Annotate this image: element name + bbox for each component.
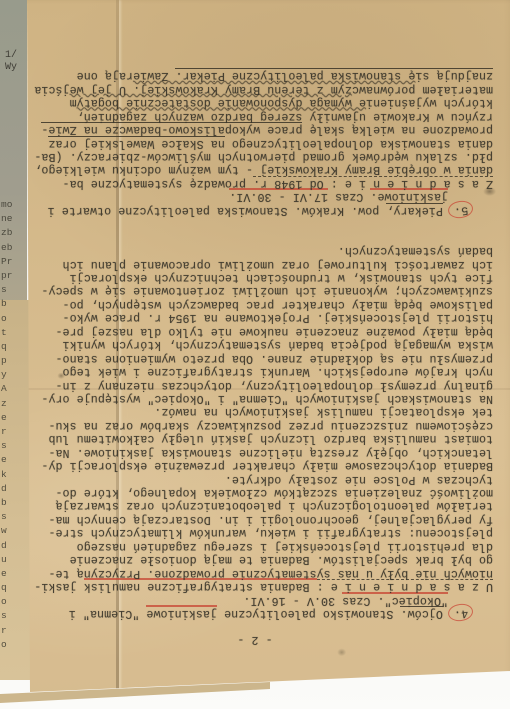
text-fragment: eb: [1, 241, 19, 255]
item4-body: niowych nie były u nas systematycznie pr…: [25, 244, 493, 580]
red-circle-annotation: 5.: [447, 199, 474, 220]
text-segment: dania stanowiska dolnopaleolitycznego: [225, 137, 493, 150]
text-fragment: q: [1, 340, 19, 354]
typed-line: dania stanowiska dolnopaleolitycznego na…: [25, 136, 493, 149]
text-fragment: p: [1, 354, 19, 368]
text-segment: Zawierają one: [77, 69, 176, 82]
text-fragment: o: [1, 312, 19, 326]
text-fragment: s: [1, 510, 19, 524]
typed-line: dla prehistorii plejstoceńskiej i szereg…: [25, 539, 493, 552]
typed-line: materiałem porównawczym z terenu Bramy K…: [25, 82, 493, 95]
item4-lead-line: U z a s a d n i e n i e : Badania straty…: [25, 580, 493, 593]
underlined-text: znajdują się stanowiska paleolityczne Pi…: [175, 68, 493, 82]
page-number: - 2 -: [0, 633, 510, 646]
item5-heading-line2: jaskiniowe. Czas 17.VI - 30.VI.: [25, 190, 448, 203]
text-fragment: A: [1, 382, 19, 396]
wavy-underlined-text: ujawniły szereg bardzo ważnych zagadnień…: [77, 110, 366, 123]
typed-line: fice tych stanowisk, w trudnościach tech…: [25, 271, 493, 284]
typed-line: Na stanowiskach jaskiniowych "Ciemna" i …: [25, 392, 493, 405]
typed-line: płd. szlaku wędrówek gromad pierwotnych …: [25, 150, 493, 163]
typed-line: przemysłu nie są dokładnie znane. Oba pr…: [25, 351, 493, 364]
item5-heading-line1: 5. Piekary, pow. Kraków. Stanowiska pale…: [25, 203, 467, 216]
corner-note-line: Wy: [5, 62, 17, 74]
text-segment: 30.V - 16.VI.: [243, 594, 342, 607]
typed-line: szukiwawczych; wykonanie ich umożliwi zo…: [25, 284, 493, 297]
typed-line: których wyjaśnienie wymaga dysponowanie …: [25, 96, 493, 109]
typed-line: rzyńcu w Krakowie ujawniły szereg bardzo…: [25, 109, 493, 122]
text-segment: "Ciemna" i: [69, 607, 147, 620]
red-circle-annotation: 4.: [447, 602, 474, 623]
dashed-underlined-label: U z a s a d n i e n i e :: [317, 579, 493, 593]
text-fragment: w: [1, 524, 19, 538]
typed-line: tomiast namuliska bardzo licznych jaskiń…: [25, 432, 493, 445]
scanned-document-photo: monezbebPrprsbotqpyAzersekdbswdueqosro 1…: [0, 0, 510, 709]
dashed-underlined-label: Z a s a d n i e n i e : Od 1948 r.: [253, 176, 493, 190]
text-fragment: s: [1, 439, 19, 453]
text-fragment: Pr: [1, 255, 19, 269]
red-underlined-text: "Okopiec". Czas: [342, 592, 448, 607]
text-segment: pow. Kraków. Stanowiska paleolityczne ot…: [48, 204, 387, 217]
text-fragment: e: [1, 567, 19, 581]
typed-line: tek eksploatacji namulisk jaskiniowych n…: [25, 405, 493, 418]
typed-line: ginalny przemysł dolnopaleolityczny, dot…: [25, 378, 493, 391]
typed-line: możliwość znalezienia szczątków człowiek…: [25, 486, 493, 499]
text-segment: Czas: [328, 190, 370, 203]
typed-line: prowadzone na wielką skalę prace wykopal…: [25, 123, 493, 136]
text-fragment: e: [1, 453, 19, 467]
underlined-site-name: Piekary,: [386, 203, 442, 217]
text-segment: U jej wejścia: [34, 83, 133, 96]
wavy-underlined-text: wymaga dysponowanie dostatecznie bogatym: [70, 96, 352, 109]
text-segment: Stanowisko paleolityczne: [217, 607, 401, 620]
cut-off-text-fragments-column: monezbebPrprsbotqpyAzersekdbswdueqosro: [1, 198, 19, 652]
typed-line: częściowemu zniszczeniu przez poszukiwac…: [25, 418, 493, 431]
margin-corner-note: 1/ Wy: [5, 50, 17, 74]
text-segment: jaski-: [34, 580, 83, 593]
typed-line: znajdują się stanowiska paleolityczne Pi…: [25, 69, 493, 82]
item4-heading-line1: 4. Ojców. Stanowisko paleolityczne jaski…: [25, 607, 467, 620]
typed-line: będą miały poważne znaczenie naukowe nie…: [25, 324, 493, 337]
red-underlined-text: Badania stratygraficzne namulisk: [84, 578, 317, 593]
typed-line: wiska wymagają podjęcia badań systematyc…: [25, 338, 493, 351]
item-number: 4.: [453, 606, 469, 621]
text-fragment: e: [1, 411, 19, 425]
text-fragment: b: [1, 297, 19, 311]
red-underlined-text: 17.VI - 30.VI.: [229, 188, 328, 203]
upside-down-typewritten-content: - 2 - 4. Ojców. Stanowisko paleolityczne…: [0, 0, 510, 709]
red-underlined-text: jaskiniowe.: [370, 188, 448, 203]
typed-line: tychczas w Polsce nie zostały odkryte.: [25, 472, 493, 485]
text-fragment: o: [1, 638, 19, 652]
typed-line: ich zawartości kulturowej oraz umożliwi …: [25, 257, 493, 270]
typed-line: historii plejstoceńskiej. Projektowane n…: [25, 311, 493, 324]
typed-line: paliskowe będą miały charakter prac bada…: [25, 298, 493, 311]
red-underlined-text: jaskiniowe: [146, 605, 217, 620]
underlined-text: na Skałce Wawelskiej oraz: [48, 136, 224, 150]
text-fragment: u: [1, 553, 19, 567]
typed-line: dania w obrębie Bramy Krakowskiej - tym …: [25, 163, 493, 176]
typed-line: letanckich, objęły zresztą nieliczne sta…: [25, 445, 493, 458]
text-fragment: q: [1, 581, 19, 595]
text-fragment: k: [1, 468, 19, 482]
text-segment: materiałem: [415, 83, 493, 96]
typed-line: niowych nie były u nas systematycznie pr…: [25, 566, 493, 579]
underlined-site-name: Ojców.: [400, 606, 442, 620]
text-fragment: s: [1, 609, 19, 623]
text-fragment: zb: [1, 226, 19, 240]
item4-heading-line2: "Okopiec". Czas 30.V - 16.VI.: [25, 593, 448, 606]
text-fragment: y: [1, 368, 19, 382]
typed-line: nych krajów europejskich. Warunki straty…: [25, 365, 493, 378]
underlined-text: prace wykopaliskowo-badawcze na Zwie-: [41, 122, 302, 136]
text-fragment: d: [1, 539, 19, 553]
text-fragment: mo: [1, 198, 19, 212]
document-page: - 2 - 4. Ojców. Stanowisko paleolityczne…: [0, 0, 510, 709]
typed-line: go był brak specjalistów. Badania te maj…: [25, 553, 493, 566]
document-text-block: 4. Ojców. Stanowisko paleolityczne jaski…: [25, 69, 493, 620]
text-segment: prowadzone na wielką skalę: [302, 123, 493, 136]
text-fragment: s: [1, 283, 19, 297]
typed-line: badań systematycznych.: [25, 244, 493, 257]
text-segment: rzyńcu w Krakowie: [366, 110, 493, 123]
text-fragment: d: [1, 482, 19, 496]
item-number: 5.: [453, 203, 469, 218]
text-fragment: t: [1, 326, 19, 340]
typed-line: teriałów paleontologicznych i paleobotan…: [25, 499, 493, 512]
typed-line: fy peryglacjalnej, geochronologii i in. …: [25, 513, 493, 526]
text-fragment: r: [1, 425, 19, 439]
text-fragment: z: [1, 397, 19, 411]
text-fragment: ne: [1, 212, 19, 226]
text-fragment: pr: [1, 269, 19, 283]
item5-lead-line: Z a s a d n i e n i e : Od 1948 r. prowa…: [25, 176, 493, 189]
corner-note-line: 1/: [5, 50, 17, 62]
wavy-underlined-text: porównawczym z terenu Bramy Krakowskiej.: [133, 83, 415, 96]
text-segment: których wyjaśnienie: [352, 96, 493, 109]
text-fragment: r: [1, 624, 19, 638]
text-fragment: b: [1, 496, 19, 510]
typed-line: Badania dotychczasowe miały charakter pr…: [25, 459, 493, 472]
typed-line: plejstocenu: stratygrafii i wieku, warun…: [25, 526, 493, 539]
text-fragment: o: [1, 595, 19, 609]
text-segment: prowadzę systematyczne ba-: [62, 177, 253, 190]
